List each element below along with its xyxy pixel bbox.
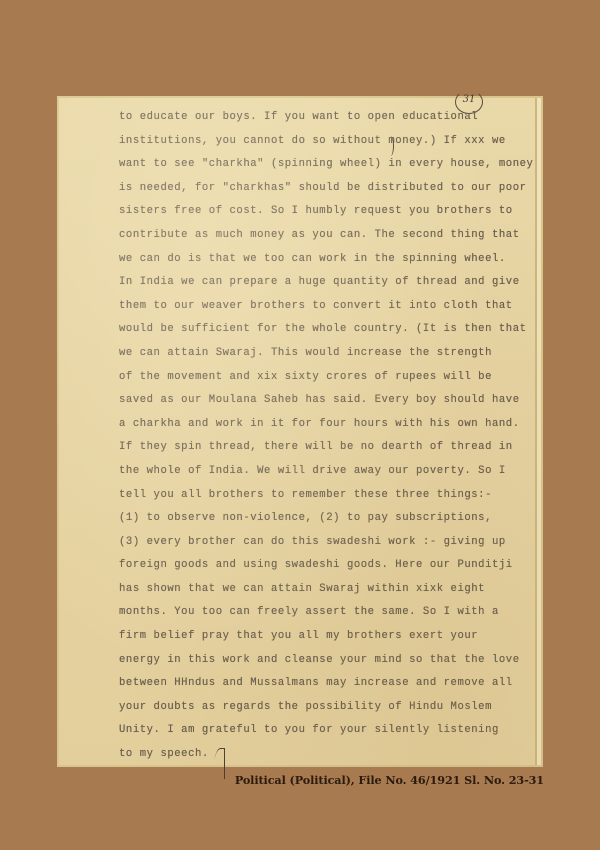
text-line: institutions, you cannot do so without m…	[119, 130, 539, 154]
text-line: If they spin thread, there will be no de…	[119, 436, 539, 460]
text-line: a charkha and work in it for four hours …	[119, 413, 539, 437]
text-line: tell you all brothers to remember these …	[119, 484, 539, 508]
text-line: the whole of India. We will drive away o…	[119, 460, 539, 484]
pencil-bracket-mark	[214, 748, 225, 779]
text-line: to my speech.	[119, 743, 539, 767]
text-line: is needed, for "charkhas" should be dist…	[119, 177, 539, 201]
text-line: to educate our boys. If you want to open…	[119, 106, 539, 130]
text-line: months. You too can freely assert the sa…	[119, 601, 539, 625]
text-line: them to our weaver brothers to convert i…	[119, 295, 539, 319]
text-line: sisters free of cost. So I humbly reques…	[119, 200, 539, 224]
text-line: we can do is that we too can work in the…	[119, 248, 539, 272]
text-line: foreign goods and using swadeshi goods. …	[119, 554, 539, 578]
text-line: firm belief pray that you all my brother…	[119, 625, 539, 649]
text-line: energy in this work and cleanse your min…	[119, 649, 539, 673]
text-line: your doubts as regards the possibility o…	[119, 696, 539, 720]
typewritten-text: to educate our boys. If you want to open…	[119, 106, 539, 767]
text-line: contribute as much money as you can. The…	[119, 224, 539, 248]
text-line: want to see "charkha" (spinning wheel) i…	[119, 153, 539, 177]
text-line: would be sufficient for the whole countr…	[119, 318, 539, 342]
text-line: between HHndus and Mussalmans may increa…	[119, 672, 539, 696]
text-line: (3) every brother can do this swadeshi w…	[119, 531, 539, 555]
archive-caption: Political (Political), File No. 46/1921 …	[235, 773, 544, 787]
text-line: saved as our Moulana Saheb has said. Eve…	[119, 389, 539, 413]
text-line: of the movement and xix sixty crores of …	[119, 366, 539, 390]
text-line: has shown that we can attain Swaraj with…	[119, 578, 539, 602]
text-line: In India we can prepare a huge quantity …	[119, 271, 539, 295]
pencil-bracket-mark	[387, 136, 394, 156]
document-page: 31 to educate our boys. If you want to o…	[57, 96, 543, 767]
text-line: (1) to observe non-violence, (2) to pay …	[119, 507, 539, 531]
text-line: we can attain Swaraj. This would increas…	[119, 342, 539, 366]
text-line: Unity. I am grateful to you for your sil…	[119, 719, 539, 743]
